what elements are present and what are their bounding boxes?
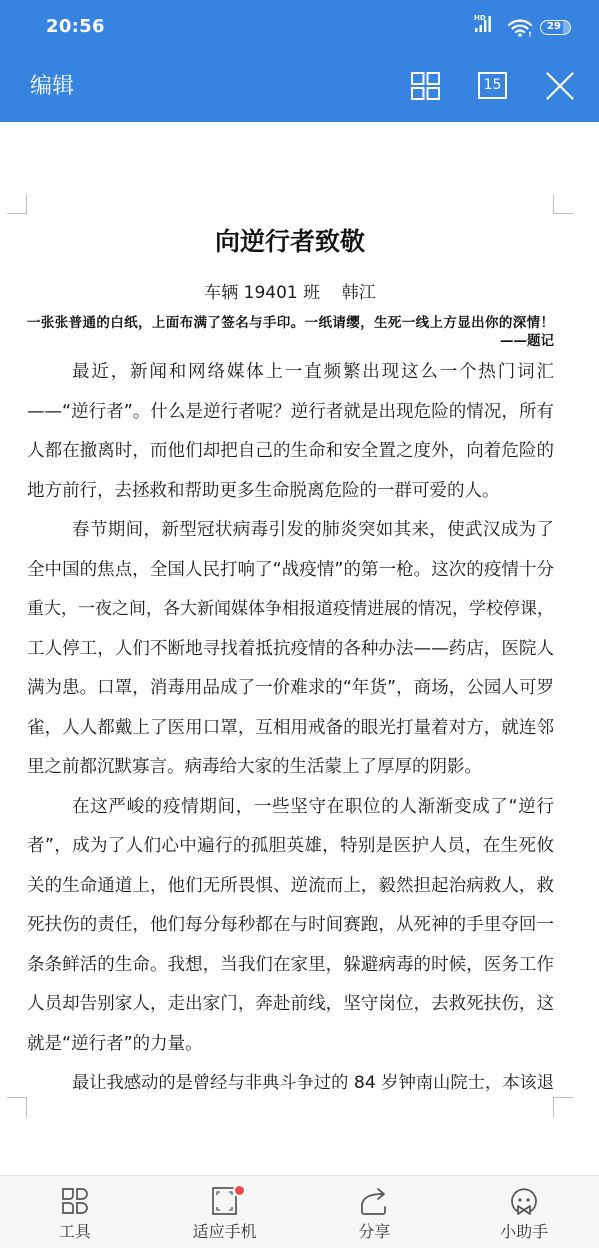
text-line: 人员却告别家人，走出家门，奔赴前线，坚守岗位，去救死扶伤，这 <box>27 985 554 1025</box>
edit-button[interactable]: 编辑 <box>30 73 74 101</box>
page-corner-mark-bottom-left <box>7 1097 27 1117</box>
paragraph: 春节期间，新型冠状病毒引发的肺炎突如其来，使武汉成为了 全中国的焦点，全国人民打… <box>27 511 554 788</box>
text-line: 工人停工，人们不断地寻找着抵抗疫情的各种办法——药店，医院人 <box>27 630 554 670</box>
status-time: 20:56 <box>46 15 105 39</box>
paragraph: 最近，新闻和网络媒体上一直频繁出现这么一个热门词汇 ——“逆行者”。什么是逆行者… <box>27 353 554 511</box>
paragraph: 在这严峻的疫情期间，一些坚守在职位的人渐渐变成了“逆行 者”，成为了人们心中遍行… <box>27 788 554 1065</box>
share-label: 分享 <box>300 1221 450 1243</box>
page-number-badge: 15 <box>484 77 502 93</box>
text-line: 雀，人人都戴上了医用口罩，互相用戒备的眼光打量着对方，就连邻 <box>27 709 554 749</box>
text-line: ——“逆行者”。什么是逆行者呢？逆行者就是出现危险的情况，所有 <box>27 393 554 433</box>
close-button[interactable] <box>546 72 574 100</box>
text-line: 在这严峻的疫情期间，一些坚守在职位的人渐渐变成了“逆行 <box>27 788 554 828</box>
page-corner-mark-top-right <box>553 195 573 214</box>
close-icon <box>546 72 574 100</box>
epigraph: 一张张普通的白纸，上面布满了签名与手印。一纸请缨，生死一线上方显出你的深情！ <box>27 314 554 332</box>
grid-view-button[interactable] <box>411 72 440 100</box>
fit-phone-button[interactable]: 适应手机 <box>150 1176 300 1248</box>
tools-button[interactable]: 工具 <box>0 1176 150 1248</box>
text-line: 春节期间，新型冠状病毒引发的肺炎突如其来，使武汉成为了 <box>27 511 554 551</box>
text-line: 死扶伤的责任，他们每分每秒都在与时间赛跑，从死神的手里夺回一 <box>27 906 554 946</box>
app-header: 20:56 HD 29 编辑 15 <box>0 0 599 122</box>
document-author-line: 车辆 19401 班 韩江 <box>27 281 553 305</box>
grid-view-icon <box>411 72 440 100</box>
text-line: 里之前都沉默寡言。病毒给大家的生活蒙上了厚厚的阴影。 <box>27 748 554 788</box>
new-badge-dot <box>235 1186 244 1195</box>
page-corner-mark-top-left <box>7 195 27 214</box>
assistant-label: 小助手 <box>449 1221 599 1243</box>
text-line: 关的生命通道上，他们无所畏惧、逆流而上，毅然担起治病救人，救 <box>27 867 554 907</box>
text-line: 者”，成为了人们心中遍行的孤胆英雄，特别是医护人员，在生死攸 <box>27 827 554 867</box>
text-line: 重大，一夜之间，各大新闻媒体争相报道疫情进展的情况，学校停课， <box>27 590 554 630</box>
share-button[interactable]: 分享 <box>300 1176 450 1248</box>
text-line: 人都在撤离时，而他们却把自己的生命和安全置之度外，向着危险的 <box>27 432 554 472</box>
document-title: 向逆行者致敬 <box>27 224 553 260</box>
text-line: 最让我感动的是曾经与非典斗争过的 84 岁钟南山院士，本该退 <box>27 1064 554 1104</box>
document-body: 最近，新闻和网络媒体上一直频繁出现这么一个热门词汇 ——“逆行者”。什么是逆行者… <box>27 353 554 1104</box>
signal-icon: HD <box>474 15 496 33</box>
tools-label: 工具 <box>0 1221 150 1243</box>
page-corner-mark-bottom-right <box>553 1097 573 1117</box>
battery-icon: 29 <box>540 20 571 35</box>
assistant-icon <box>508 1185 540 1217</box>
wifi-icon <box>507 18 534 38</box>
text-line: 就是“逆行者”的力量。 <box>27 1025 554 1065</box>
page-number-button[interactable]: 15 <box>478 72 507 99</box>
fit-phone-icon-wrap <box>209 1185 241 1217</box>
paragraph: 最让我感动的是曾经与非典斗争过的 84 岁钟南山院士，本该退 <box>27 1064 554 1104</box>
text-line: 全中国的焦点，全国人民打响了“战疫情”的第一枪。这次的疫情十分 <box>27 551 554 591</box>
text-line: 条条鲜活的生命。我想，当我们在家里，躲避病毒的时候，医务工作 <box>27 946 554 986</box>
epigraph-attribution: ——题记 <box>27 332 554 350</box>
fit-phone-label: 适应手机 <box>150 1221 300 1243</box>
text-line: 地方前行，去拯救和帮助更多生命脱离危险的一群可爱的人。 <box>27 472 554 512</box>
text-line: 满为患。口罩，消毒用品成了一价难求的“年货”，商场，公园人可罗 <box>27 669 554 709</box>
battery-level: 29 <box>541 21 567 34</box>
assistant-button[interactable]: 小助手 <box>449 1176 599 1248</box>
bottom-toolbar: 工具 适应手机 分享 <box>0 1175 599 1248</box>
share-icon <box>358 1185 390 1217</box>
text-line: 最近，新闻和网络媒体上一直频繁出现这么一个热门词汇 <box>27 353 554 393</box>
tools-icon <box>59 1185 91 1217</box>
